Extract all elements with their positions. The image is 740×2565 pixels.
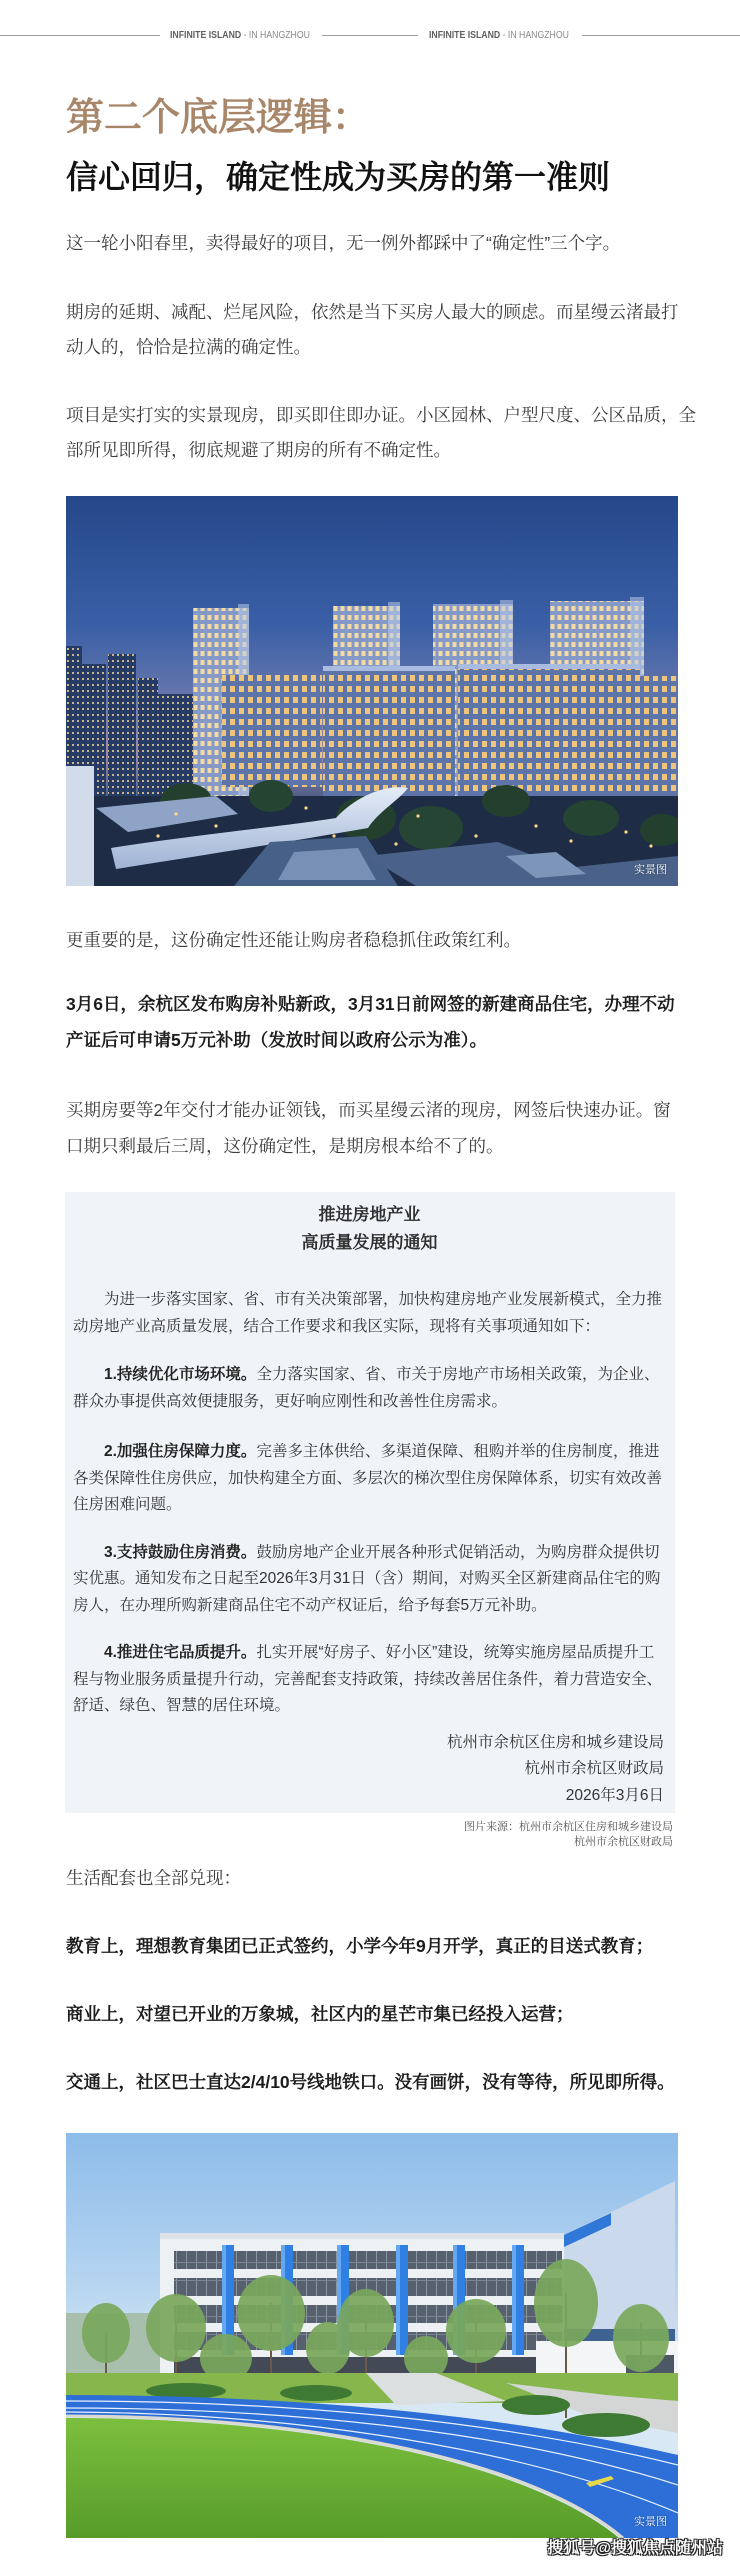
notice-item-market-environment: 1.持续优化市场环境。全力落实国家、省、市关于房地产市场相关政策，为企业、 群众… — [73, 1362, 666, 1415]
notice-item-heading: 2.加强住房保障力度。 — [104, 1443, 256, 1460]
notice-line: 房人，在办理所购新建商品住宅不动产权证后，给予每套5万元补助。 — [73, 1593, 666, 1620]
paragraph-subsidy-policy: 3月6日，余杭区发布购房补贴新政，3月31日前网签的新建商品住宅，办理不动 产证… — [66, 986, 678, 1058]
paragraph-line: 项目是实打实的实景现房，即买即住即办证。小区园林、户型尺度、公区品质，全 — [66, 398, 678, 433]
paragraph-policy-lead: 更重要的是，这份确定性还能让购房者稳稳抓住政策红利。 — [66, 923, 678, 958]
paragraph-line: 教育上，理想教育集团已正式签约，小学今年9月开学，真正的目送式教育； — [66, 1928, 678, 1964]
header-rule — [0, 35, 160, 36]
paragraph-line: 更重要的是，这份确定性还能让购房者稳稳抓住政策红利。 — [66, 923, 678, 958]
notice-line: 为进一步落实国家、省、市有关决策部署，加快构建房地产业发展新模式，全力推 — [73, 1287, 666, 1314]
photo-caption: 实景图 — [634, 864, 667, 877]
image-source-line: 图片来源：杭州市余杭区住房和城乡建设局 — [445, 1820, 673, 1835]
towers-night-illustration — [66, 496, 678, 886]
notice-item-text: 全力落实国家、省、市关于房地产市场相关政策，为企业、 — [256, 1366, 659, 1383]
government-notice-card: 推进房地产业 高质量发展的通知 为进一步落实国家、省、市有关决策部署，加快构建房… — [65, 1192, 675, 1813]
section-title: 第二个底层逻辑： — [66, 96, 370, 140]
paragraph-line: 交通上，社区巴士直达2/4/10号线地铁口。没有画饼，没有等待，所见即所得。 — [66, 2064, 678, 2100]
photo-residential-towers-night[interactable]: 实景图 — [66, 496, 678, 886]
image-source-line: 杭州市余杭区财政局 — [445, 1835, 673, 1850]
section-subtitle: 信心回归，确定性成为买房的第一准则 — [66, 158, 610, 196]
amenities-intro: 生活配套也全部兑现： — [66, 1860, 678, 1896]
notice-issuer: 杭州市余杭区财政局 — [73, 1756, 664, 1783]
notice-item-text: 完善多主体供给、多渠道保障、租购并举的住房制度，推进 — [256, 1443, 659, 1460]
notice-issuer: 杭州市余杭区住房和城乡建设局 — [73, 1730, 664, 1757]
notice-line: 群众办事提供高效便捷服务，更好响应刚性和改善性住房需求。 — [73, 1389, 666, 1416]
source-watermark: 搜狐号@搜狐焦点随州站 — [547, 2539, 723, 2559]
paragraph-line: 部所见即所得，彻底规避了期房的所有不确定性。 — [66, 433, 678, 468]
paragraph-line: 期房的延期、减配、烂尾风险，依然是当下买房人最大的顾虑。而星缦云渚最打 — [66, 295, 678, 330]
photo-caption: 实景图 — [634, 2516, 667, 2529]
paragraph-offplan-risk: 期房的延期、减配、烂尾风险，依然是当下买房人最大的顾虑。而星缦云渚最打 动人的，… — [66, 295, 678, 365]
brand-tagline: INFINITE ISLAND - IN HANGZHOU — [429, 29, 569, 41]
paragraph-line: 口期只剩最后三周，这份确定性，是期房根本给不了的。 — [66, 1128, 678, 1164]
notice-line: 程与物业服务质量提升行动，完善配套支持政策，持续改善居住条件，着力营造安全、 — [73, 1667, 666, 1694]
notice-item-housing-consumption: 3.支持鼓励住房消费。鼓励房地产企业开展各种形式促销活动，为购房群众提供切 实优… — [73, 1540, 666, 1620]
paragraph-line: 3月6日，余杭区发布购房补贴新政，3月31日前网签的新建商品住宅，办理不动 — [66, 986, 678, 1022]
paragraph-window-period: 买期房要等2年交付才能办证领钱，而买星缦云渚的现房，网签后快速办证。窗 口期只剩… — [66, 1092, 678, 1164]
photo-school-running-track[interactable]: 实景图 — [66, 2133, 678, 2538]
notice-title-line: 推进房地产业 — [73, 1201, 666, 1229]
notice-date: 2026年3月6日 — [73, 1783, 664, 1810]
brand-tagline: INFINITE ISLAND - IN HANGZHOU — [170, 29, 310, 41]
notice-item-heading: 4.推进住宅品质提升。 — [104, 1644, 256, 1661]
paragraph-line: 这一轮小阳春里，卖得最好的项目，无一例外都踩中了“确定性”三个字。 — [66, 226, 678, 261]
brand-tagline-name: INFINITE ISLAND — [170, 29, 241, 41]
amenity-education: 教育上，理想教育集团已正式签约，小学今年9月开学，真正的目送式教育； — [66, 1928, 678, 1964]
notice-line: 实优惠。通知发布之日起至2026年3月31日（含）期间，对购买全区新建商品住宅的… — [73, 1566, 666, 1593]
brand-tagline-location: - IN HANGZHOU — [241, 29, 310, 41]
paragraph-spring-market: 这一轮小阳春里，卖得最好的项目，无一例外都踩中了“确定性”三个字。 — [66, 226, 678, 261]
article-page: INFINITE ISLAND - IN HANGZHOU INFINITE I… — [0, 0, 740, 2565]
notice-intro: 为进一步落实国家、省、市有关决策部署，加快构建房地产业发展新模式，全力推 动房地… — [73, 1287, 666, 1340]
notice-line: 1.持续优化市场环境。全力落实国家、省、市关于房地产市场相关政策，为企业、 — [73, 1362, 666, 1389]
header-rule — [322, 35, 418, 36]
notice-line: 各类保障性住房供应，加快构建全方面、多层次的梯次型住房保障体系，切实有效改善 — [73, 1466, 666, 1493]
paragraph-line: 产证后可申请5万元补助（发放时间以政府公示为准）。 — [66, 1022, 678, 1058]
notice-item-heading: 3.支持鼓励住房消费。 — [104, 1544, 256, 1561]
paragraph-line: 动人的，恰恰是拉满的确定性。 — [66, 330, 678, 365]
notice-line: 住房困难问题。 — [73, 1492, 666, 1519]
notice-item-text: 鼓励房地产企业开展各种形式促销活动，为购房群众提供切 — [256, 1544, 659, 1561]
notice-title-line: 高质量发展的通知 — [73, 1229, 666, 1257]
notice-line: 2.加强住房保障力度。完善多主体供给、多渠道保障、租购并举的住房制度，推进 — [73, 1439, 666, 1466]
notice-signature: 杭州市余杭区住房和城乡建设局 杭州市余杭区财政局 2026年3月6日 — [73, 1730, 666, 1810]
amenity-commerce: 商业上，对望已开业的万象城，社区内的星芒市集已经投入运营； — [66, 1996, 678, 2032]
notice-line: 动房地产业高质量发展，结合工作要求和我区实际，现将有关事项通知如下： — [73, 1314, 666, 1341]
notice-item-heading: 1.持续优化市场环境。 — [104, 1366, 256, 1383]
notice-item-text: 扎实开展“好房子、好小区”建设，统筹实施房屋品质提升工 — [256, 1644, 654, 1661]
notice-item-housing-quality: 4.推进住宅品质提升。扎实开展“好房子、好小区”建设，统筹实施房屋品质提升工 程… — [73, 1640, 666, 1720]
paragraph-completed-homes: 项目是实打实的实景现房，即买即住即办证。小区园林、户型尺度、公区品质，全 部所见… — [66, 398, 678, 468]
paragraph-line: 买期房要等2年交付才能办证领钱，而买星缦云渚的现房，网签后快速办证。窗 — [66, 1092, 678, 1128]
notice-line: 4.推进住宅品质提升。扎实开展“好房子、好小区”建设，统筹实施房屋品质提升工 — [73, 1640, 666, 1667]
paragraph-line: 商业上，对望已开业的万象城，社区内的星芒市集已经投入运营； — [66, 1996, 678, 2032]
brand-tagline-name: INFINITE ISLAND — [429, 29, 500, 41]
notice-line: 3.支持鼓励住房消费。鼓励房地产企业开展各种形式促销活动，为购房群众提供切 — [73, 1540, 666, 1567]
school-campus-illustration — [66, 2133, 678, 2538]
paragraph-line: 生活配套也全部兑现： — [66, 1860, 678, 1896]
image-source-caption: 图片来源：杭州市余杭区住房和城乡建设局 杭州市余杭区财政局 — [445, 1820, 673, 1850]
notice-title: 推进房地产业 高质量发展的通知 — [73, 1201, 666, 1257]
notice-line: 舒适、绿色、智慧的居住环境。 — [73, 1693, 666, 1720]
brand-tagline-location: - IN HANGZHOU — [500, 29, 569, 41]
header-rule — [582, 35, 740, 36]
notice-item-housing-security: 2.加强住房保障力度。完善多主体供给、多渠道保障、租购并举的住房制度，推进 各类… — [73, 1439, 666, 1519]
amenity-transport: 交通上，社区巴士直达2/4/10号线地铁口。没有画饼，没有等待，所见即所得。 — [66, 2064, 678, 2100]
